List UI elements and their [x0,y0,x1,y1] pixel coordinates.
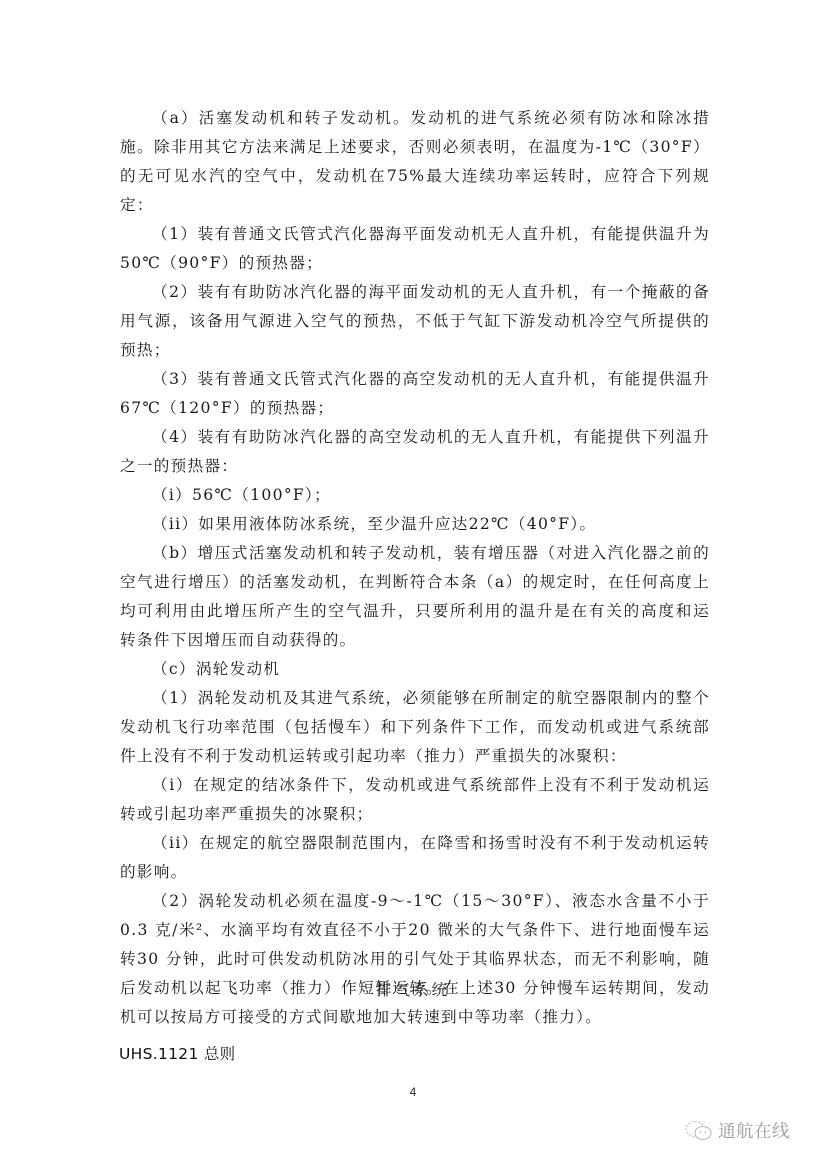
document-page: （a）活塞发动机和转子发动机。发动机的进气系统必须有防冰和除冰措施。除非用其它方… [0,0,826,1169]
watermark: 通航在线 [684,1118,790,1143]
wechat-icon [684,1119,714,1143]
paragraph-a4i: （i）56℃（100°F）； [120,481,710,510]
paragraph-b: （b）增压式活塞发动机和转子发动机，装有增压器（对进入汽化器之前的空气进行增压）… [120,539,710,655]
paragraph-a3: （3）装有普通文氏管式汽化器的高空发动机的无人直升机，有能提供温升67℃（120… [120,365,710,423]
paragraph-c: （c）涡轮发动机 [120,655,710,684]
paragraph-a4ii: （ii）如果用液体防冰系统，至少温升应达22℃（40°F）。 [120,510,710,539]
paragraph-a2: （2）装有有助防冰汽化器的海平面发动机的无人直升机，有一个掩蔽的备用气源，该备用… [120,278,710,365]
paragraph-c1ii: （ii）在规定的航空器限制范围内，在降雪和扬雪时没有不利于发动机运转的影响。 [120,829,710,887]
paragraph-c2: （2）涡轮发动机必须在温度-9～-1℃（15～30°F）、液态水含量不小于0.3… [120,887,710,1032]
watermark-text: 通航在线 [718,1118,790,1143]
section-heading: 排气系统 [0,978,826,1000]
clause-heading: UHS.1121 总则 [119,1042,235,1064]
paragraph-c1: （1）涡轮发动机及其进气系统，必须能够在所制定的航空器限制内的整个发动机飞行功率… [120,684,710,771]
page-number: 4 [0,1085,826,1099]
paragraph-a1: （1）装有普通文氏管式汽化器海平面发动机无人直升机，有能提供温升为50℃（90°… [120,220,710,278]
body-text: （a）活塞发动机和转子发动机。发动机的进气系统必须有防冰和除冰措施。除非用其它方… [120,104,710,1032]
paragraph-a: （a）活塞发动机和转子发动机。发动机的进气系统必须有防冰和除冰措施。除非用其它方… [120,104,710,220]
paragraph-c1i: （i）在规定的结冰条件下，发动机或进气系统部件上没有不利于发动机运转或引起功率严… [120,771,710,829]
paragraph-a4: （4）装有有助防冰汽化器的高空发动机的无人直升机，有能提供下列温升之一的预热器： [120,423,710,481]
